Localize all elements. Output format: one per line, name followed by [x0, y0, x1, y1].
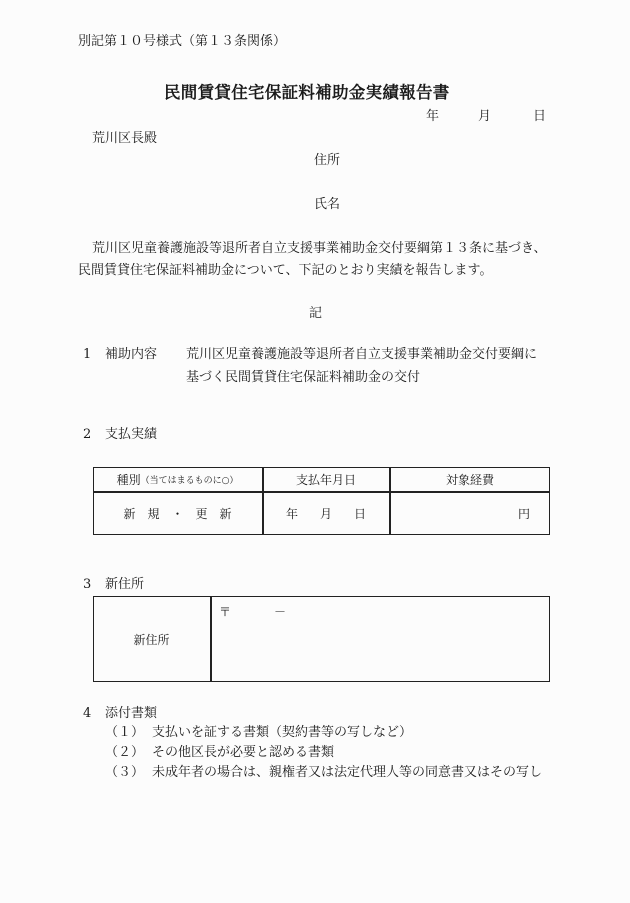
attachment-item-number: （２）	[105, 745, 144, 761]
body-text-line2: 民間賃貸住宅保証料補助金について、下記のとおり実績を報告します。	[78, 263, 492, 279]
attachment-item-text: 未成年者の場合は、親権者又は法定代理人等の同意書又はその写し	[152, 765, 542, 781]
addressee: 荒川区長殿	[92, 131, 157, 147]
section-1-content-line2: 基づく民間賃貸住宅保証料補助金の交付	[186, 370, 420, 386]
section-2-number: 2	[83, 427, 91, 443]
section-4-number: 4	[83, 706, 91, 722]
payment-day: 日	[354, 505, 366, 522]
type-options-cell[interactable]: 新 規 ・ 更 新	[93, 492, 262, 535]
date-day-label: 日	[533, 109, 546, 125]
form-label: 別記第１０号様式（第１３条関係）	[78, 34, 286, 50]
section-2-label: 支払実績	[105, 427, 157, 443]
payment-date-cell[interactable]: 年 月 日	[263, 492, 389, 535]
attachment-item-number: （３）	[105, 765, 144, 781]
section-4-label: 添付書類	[105, 706, 157, 722]
expense-cell[interactable]: 円	[390, 492, 550, 535]
date-month-label: 月	[478, 109, 491, 125]
page-title: 民間賃貸住宅保証料補助金実績報告書	[164, 79, 450, 103]
yen-label: 円	[518, 505, 530, 522]
section-3-number: 3	[83, 577, 91, 593]
new-address-label: 新住所	[93, 596, 210, 682]
postal-dash: －	[274, 603, 286, 620]
section-1-number: 1	[83, 347, 91, 363]
type-options: 新 規 ・ 更 新	[123, 505, 231, 522]
attachment-item-text: 支払いを証する書類（契約書等の写しなど）	[152, 725, 412, 741]
header-payment-date: 支払年月日	[263, 467, 389, 491]
section-1-content-line1: 荒川区児童養護施設等退所者自立支援事業補助金交付要綱に	[186, 347, 537, 363]
ki-heading: 記	[309, 306, 322, 322]
postal-mark: 〒	[219, 603, 231, 620]
header-type: 種別（当てはまるものに○）	[93, 467, 262, 491]
body-text-line1: 荒川区児童養護施設等退所者自立支援事業補助金交付要綱第１３条に基づき、	[92, 241, 546, 257]
address-label: 住所	[314, 153, 340, 169]
attachment-item-number: （１）	[105, 725, 144, 741]
name-label: 氏名	[314, 197, 340, 213]
header-expense: 対象経費	[390, 467, 550, 491]
payment-month: 月	[320, 505, 332, 522]
payment-year: 年	[286, 505, 298, 522]
header-type-note: （当てはまるものに○）	[141, 473, 239, 486]
section-1-label: 補助内容	[105, 347, 157, 363]
new-address-input-area[interactable]: 〒 －	[211, 597, 549, 681]
attachment-item-text: その他区長が必要と認める書類	[152, 745, 334, 761]
header-type-label: 種別	[117, 471, 141, 488]
date-year-label: 年	[426, 109, 439, 125]
section-3-label: 新住所	[105, 577, 144, 593]
